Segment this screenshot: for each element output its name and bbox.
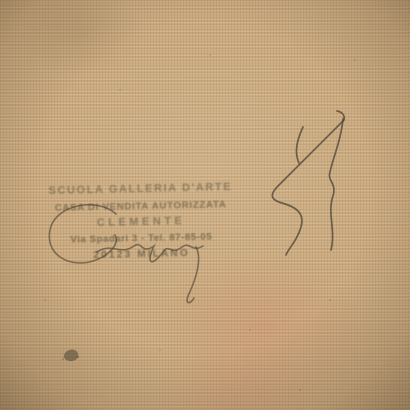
canvas-verso-photo: SCUOLA GALLERIA D'ARTE CASA DI VENDITA A… xyxy=(0,0,410,410)
edge-vignette xyxy=(0,0,410,410)
